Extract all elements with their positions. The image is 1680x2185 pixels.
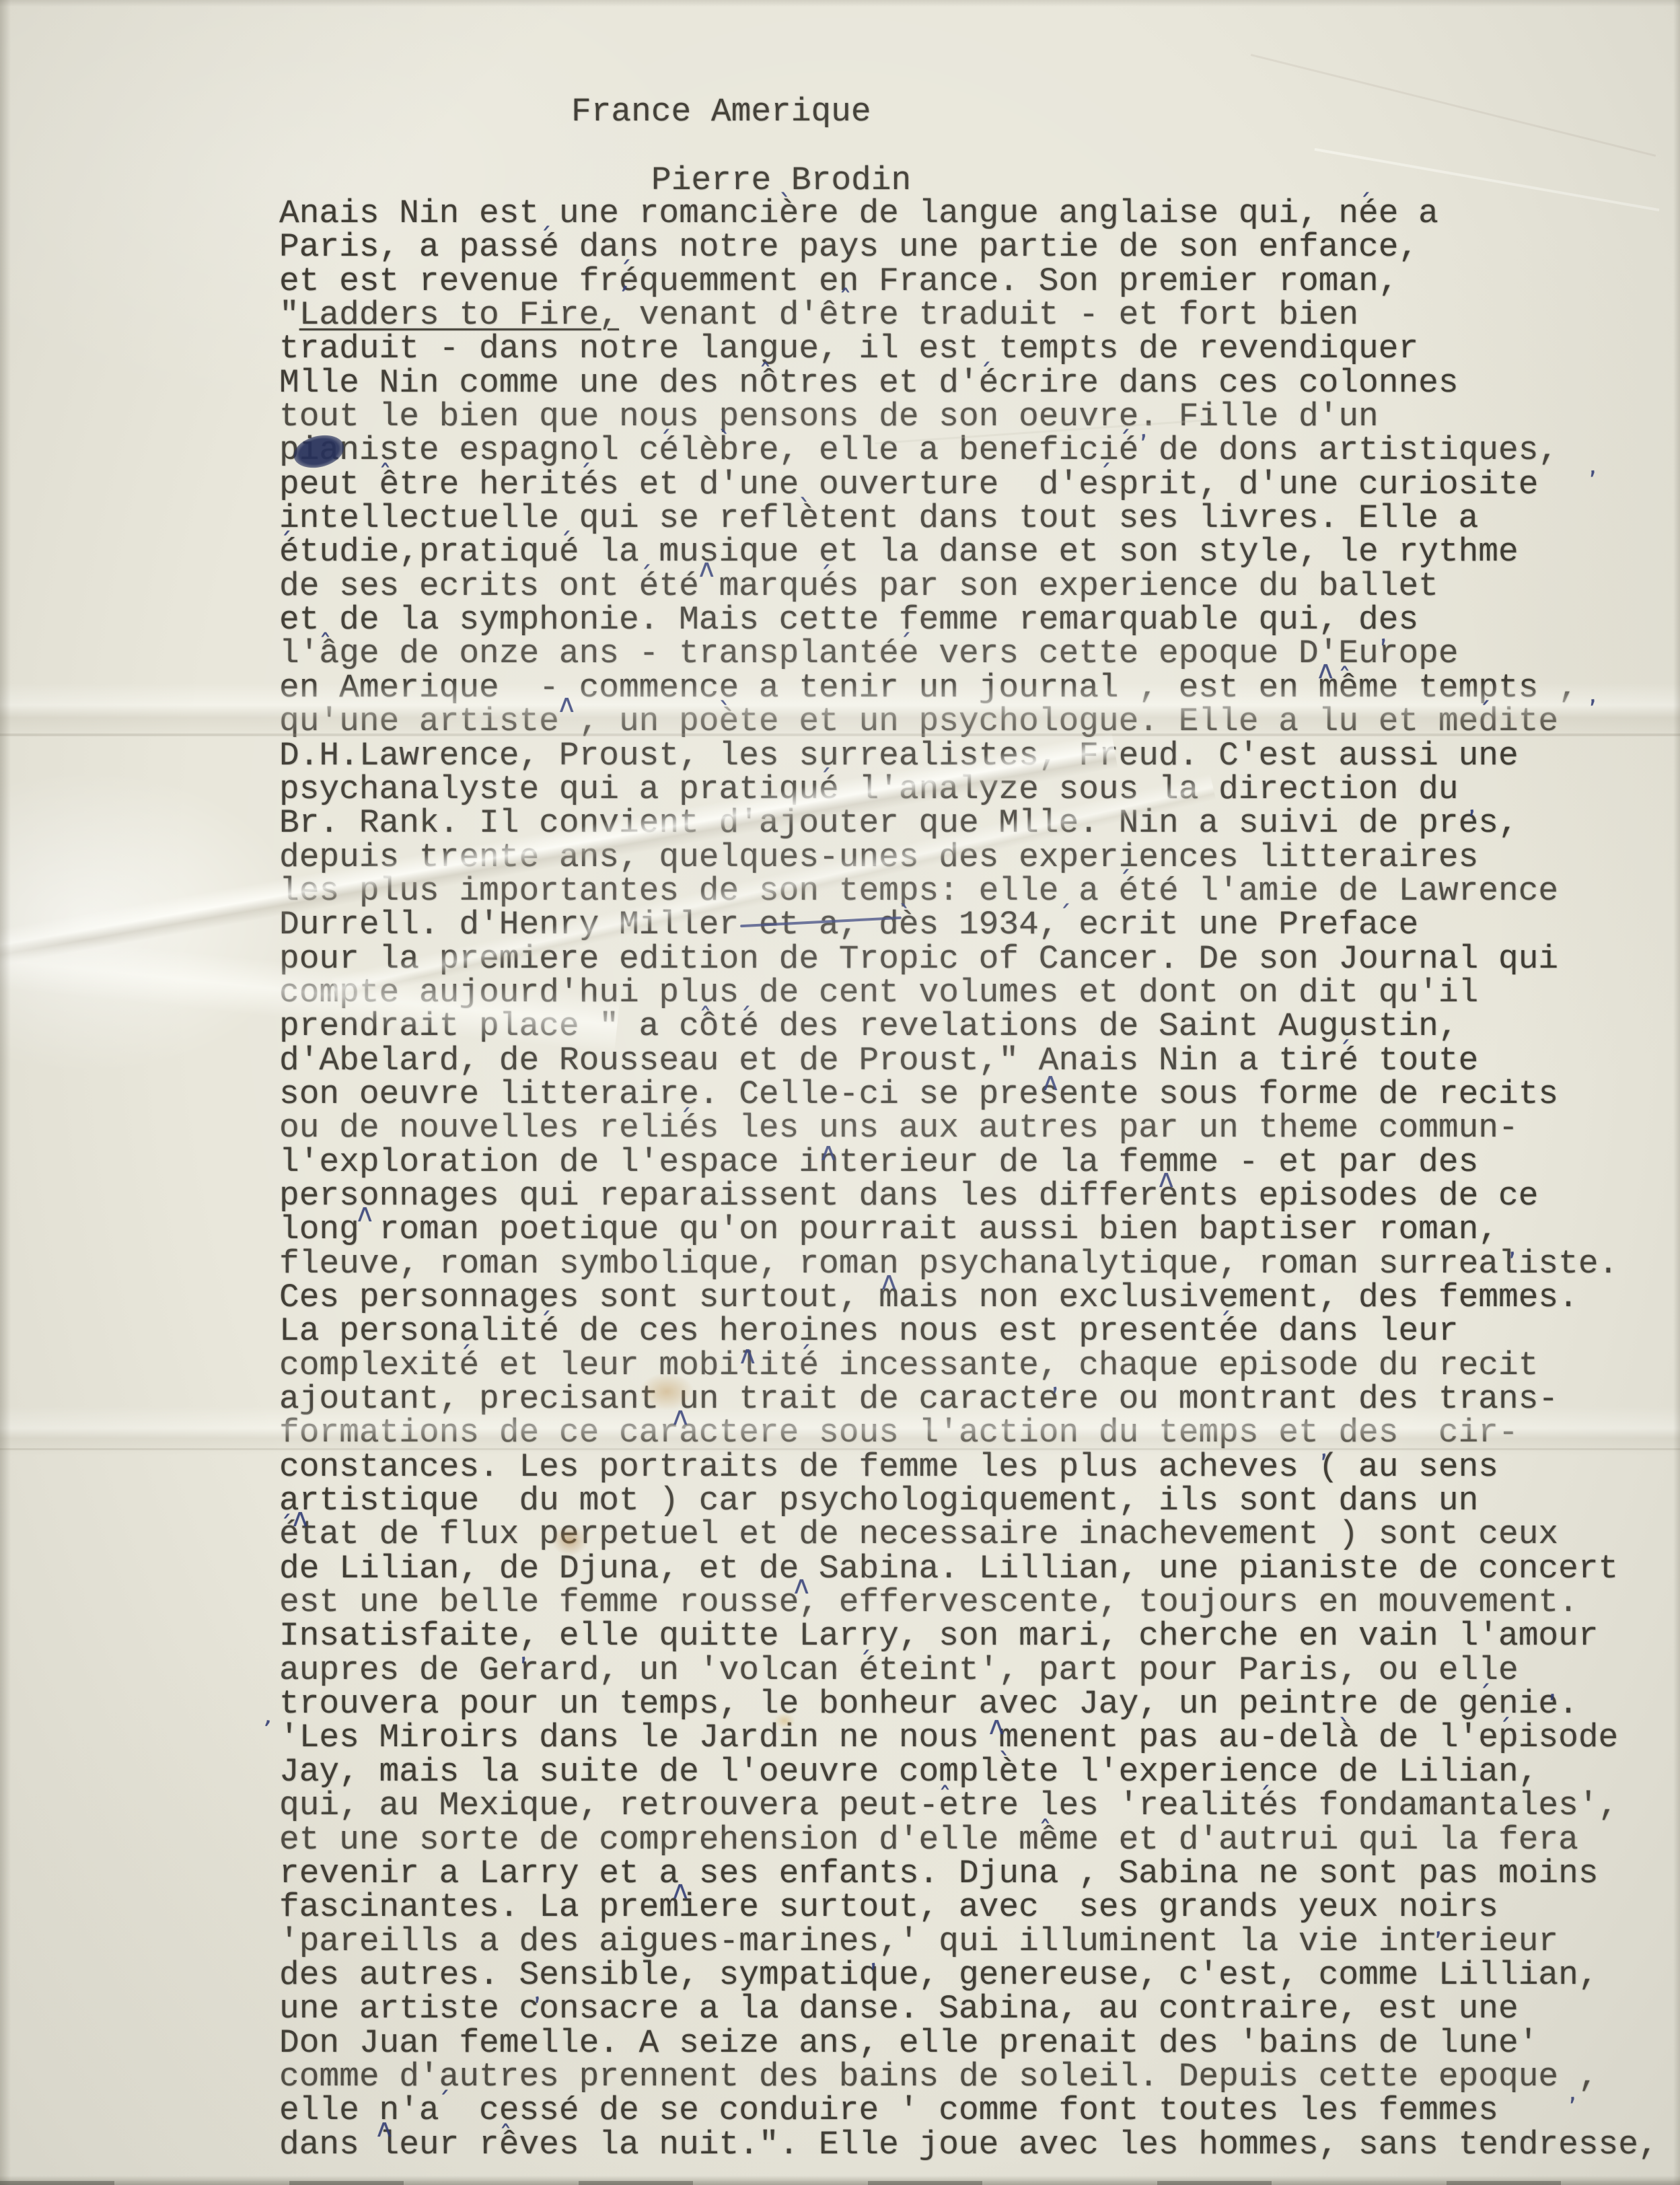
scan-edge-left (0, 0, 11, 2185)
text-line: fleuve, roman symbolique, roman psychana… (279, 1247, 1658, 1281)
text-line: des autres. Sensible, sympatique, genere… (279, 1958, 1658, 1992)
pen-accent-mark: ˆ (699, 1005, 712, 1030)
pen-accent-mark: ´ (1118, 868, 1131, 894)
text-line: fascinantes. La premiere surtout, avec s… (279, 1890, 1658, 1924)
pen-accent-mark: ʌ (1043, 1069, 1058, 1094)
text-segment: venant d'être traduit - et fort bien (619, 296, 1358, 334)
text-line: qu'une artiste , un poète et un psycholo… (279, 705, 1658, 738)
text-line: de ses ecrits ont été marqués par son ex… (279, 569, 1658, 603)
pen-accent-mark: ´ (1478, 699, 1491, 725)
pen-accent-mark: ` (998, 1750, 1011, 1775)
pen-accent-mark: ʌ (673, 1403, 688, 1429)
text-line: Br. Rank. Il convient d'ajouter que Mlle… (279, 806, 1658, 840)
pen-accent-mark: ´ (279, 1513, 292, 1538)
text-line: long roman poetique qu'on pourrait aussi… (279, 1213, 1658, 1246)
pen-accent-mark: ` (719, 699, 731, 725)
pen-accent-mark: ˆ (939, 1784, 951, 1810)
typewritten-page-scan: France Amerique Pierre Brodin Anais Nin … (0, 0, 1680, 2185)
text-line: peut être herités et d'une ouverture d'e… (279, 468, 1658, 501)
pen-accent-mark: ´ (1118, 428, 1131, 454)
pen-accent-mark: ´ (579, 462, 591, 487)
pen-accent-mark: ʌ (1159, 1166, 1174, 1191)
pen-accent-mark: ´ (1258, 1784, 1271, 1810)
pen-accent-mark: ˆ (379, 462, 392, 487)
pen-accent-mark: ´ (859, 1649, 871, 1674)
underlined-text: Ladders to Fire, (299, 296, 619, 334)
pen-accent-mark: ` (779, 191, 792, 217)
text-line: Anais Nin est une romancière de langue a… (279, 196, 1658, 230)
text-line: intellectuelle qui se reflètent dans tou… (279, 501, 1658, 535)
pen-accent-mark: ˆ (499, 2122, 512, 2148)
document-body: Anais Nin est une romancière de langue a… (279, 196, 1658, 2161)
text-line: étudie,pratiqué la musique et la danse e… (279, 535, 1658, 569)
text-line: en Amerique - commence a tenir un journa… (279, 671, 1658, 705)
text-line: artistique du mot ) car psychologiquemen… (279, 1484, 1658, 1517)
text-line: D.H.Lawrence, Proust, les surrealistes, … (279, 739, 1658, 773)
text-line: personnages qui reparaissent dans les di… (279, 1179, 1658, 1213)
text-line: et une sorte de comprehension d'elle mêm… (279, 1823, 1658, 1857)
text-line: d'Abelard, de Rousseau et de Proust," An… (279, 1044, 1658, 1077)
pen-accent-mark: ʌ (989, 1713, 1005, 1738)
pen-accent-mark: ʼ (260, 1717, 272, 1743)
text-line: état de flux perpetuel et de necessaire … (279, 1517, 1658, 1551)
text-line: Durrell. d'Henry Miller et a, dès 1934, … (279, 908, 1658, 941)
text-line: son oeuvre litteraire. Celle-ci se prese… (279, 1077, 1658, 1111)
pen-accent-mark: ´ (819, 563, 832, 589)
pen-accent-mark: ´ (1338, 1038, 1351, 1064)
pen-accent-mark: ʌ (673, 1877, 688, 1902)
text-line: aupres de Gerard, un 'volcan éteint', pa… (279, 1653, 1658, 1687)
text-line: Mlle Nin comme une des nôtres et d'écrir… (279, 366, 1658, 400)
pen-accent-mark: ´ (659, 428, 671, 454)
text-line: les plus importantes de son temps: elle … (279, 874, 1658, 908)
text-line: Jay, mais la suite de l'oeuvre complète … (279, 1755, 1658, 1789)
scan-edge-shadow (0, 2181, 1680, 2185)
pen-accent-mark: ´ (459, 1343, 472, 1369)
pen-accent-mark: ´ (739, 1005, 752, 1030)
text-line: tout le bien que nous pensons de son oeu… (279, 400, 1658, 433)
paper-wrinkle (1251, 54, 1656, 157)
text-line: ajoutant, precisant un trait de caracter… (279, 1382, 1658, 1416)
text-line: Paris, a passé dans notre pays une parti… (279, 230, 1658, 264)
text-line: 'Les Miroirs dans le Jardin ne nous mene… (279, 1721, 1658, 1754)
text-line: depuis trente ans, quelques-unes des exp… (279, 840, 1658, 874)
text-line: pianiste espagnol célèbre, elle a benefi… (279, 433, 1658, 467)
pen-accent-mark: ˆ (759, 361, 772, 386)
text-line: Don Juan femelle. A seize ans, elle pren… (279, 2026, 1658, 2060)
text-line: revenir a Larry et a ses enfants. Djuna … (279, 1857, 1658, 1890)
pen-accent-mark: ´ (539, 1310, 552, 1335)
text-line: 'pareills a des aigues-marines,' qui ill… (279, 1925, 1658, 1958)
pen-accent-mark: ʌ (794, 1572, 809, 1598)
pen-accent-mark: ʌ (559, 690, 575, 716)
pen-accent-mark: ´ (819, 766, 832, 792)
text-line: pour la premiere edition de Tropic of Ca… (279, 942, 1658, 976)
pen-accent-mark: ´ (679, 1106, 692, 1132)
text-line: est une belle femme rousse, effervescent… (279, 1585, 1658, 1619)
pen-accent-mark: ´ (279, 530, 292, 555)
document-title: France Amerique (571, 93, 871, 131)
pen-accent-mark: ´ (1498, 1716, 1511, 1742)
text-line: l'exploration de l'espace interieur de l… (279, 1145, 1658, 1179)
pen-accent-mark: ʌ (293, 1505, 308, 1530)
text-line: Insatisfaite, elle quitte Larry, son mar… (279, 1619, 1658, 1653)
text-line: de Lilian, de Djuna, et de Sabina. Lilli… (279, 1552, 1658, 1585)
text-line: elle n'a cessé de se conduire ' comme fo… (279, 2093, 1658, 2127)
pen-accent-mark: ` (899, 902, 912, 928)
text-line: complexité et leur mobilité incessante, … (279, 1349, 1658, 1382)
pen-accent-mark: ´ (1478, 1682, 1491, 1708)
pen-accent-mark: ˆ (839, 287, 852, 312)
pen-accent-mark: ´ (539, 225, 552, 250)
pen-accent-mark: ´ (899, 631, 912, 657)
pen-accent-mark: ´ (1099, 462, 1111, 487)
text-line: et est revenue fréquemment en France. So… (279, 264, 1658, 298)
pen-accent-mark: ´ (1358, 191, 1371, 217)
pen-accent-mark: ´ (799, 1343, 811, 1369)
text-line: dans leur rêves la nuit.". Elle joue ave… (279, 2128, 1658, 2161)
scan-edge-top (0, 0, 1680, 7)
pen-accent-mark: ʌ (357, 1200, 373, 1225)
text-line: prendrait place " a côté des revelations… (279, 1009, 1658, 1043)
pen-accent-mark: ʌ (377, 2115, 392, 2141)
text-line: traduit - dans notre langue, il est temp… (279, 332, 1658, 365)
text-line: constances. Les portraits de femme les p… (279, 1450, 1658, 1484)
pen-accent-mark: ˆ (319, 631, 332, 657)
text-line: psychanalyste qui a pratiqué l'analyze s… (279, 773, 1658, 806)
pen-accent-mark: ʌ (699, 555, 715, 581)
pen-accent-mark: ´ (1218, 1310, 1231, 1335)
text-line: formations de ce caractere sous l'action… (279, 1416, 1658, 1449)
text-line: "Ladders to Fire, venant d'être traduit … (279, 298, 1658, 332)
pen-accent-mark: ʌ (881, 1268, 897, 1293)
pen-accent-mark: ´ (639, 563, 652, 589)
pen-accent-mark: ʌ (1318, 657, 1334, 682)
scan-edge-right (1673, 0, 1680, 2185)
text-line: et de la symphonie. Mais cette femme rem… (279, 603, 1658, 637)
pen-accent-mark: ʌ (821, 1139, 836, 1164)
pen-accent-mark: ` (1338, 1716, 1351, 1742)
text-line: qui, au Mexique, retrouvera peut-etre le… (279, 1789, 1658, 1822)
text-segment: " (279, 296, 299, 334)
pen-accent-mark: ` (719, 428, 731, 454)
text-line: ou de nouvelles reliés les uns aux autre… (279, 1111, 1658, 1145)
pen-accent-mark: ` (799, 496, 811, 522)
text-line: comme d'autres prennent des bains de sol… (279, 2060, 1658, 2093)
scan-edge-bottom (0, 2176, 1680, 2185)
text-line: Ces personnages sont surtout, mais non e… (279, 1281, 1658, 1314)
pen-accent-mark: ´ (1058, 902, 1071, 928)
pen-accent-mark: ´ (979, 361, 992, 386)
text-line: l'âge de onze ans - transplantée vers ce… (279, 637, 1658, 670)
pen-accent-mark: ˆ (1039, 1818, 1052, 1843)
pen-accent-mark: ˆ (1338, 665, 1351, 690)
text-line: compte aujourd'hui plus de cent volumes … (279, 976, 1658, 1009)
pen-accent-mark: ʌ (740, 1342, 756, 1367)
pen-accent-mark: ´ (437, 2089, 450, 2114)
text-line: trouvera pour un temps, le bonheur avec … (279, 1687, 1658, 1721)
text-line: une artiste consacre a la danse. Sabina,… (279, 1992, 1658, 2026)
pen-accent-mark: ´ (559, 530, 572, 555)
fold-highlight (0, 774, 303, 1070)
text-line: La personalité de ces heroines nous est … (279, 1314, 1658, 1348)
